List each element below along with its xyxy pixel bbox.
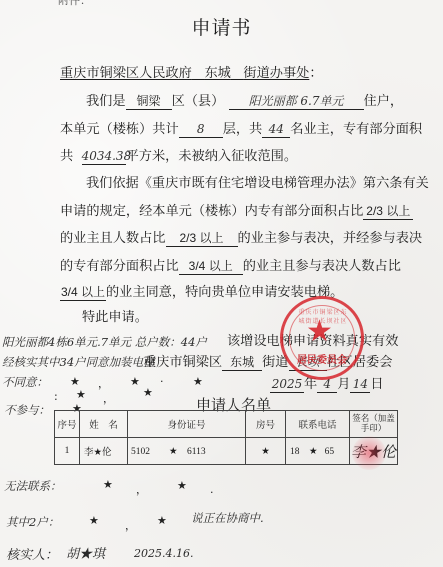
ratio4-field: 3/4 以上 — [60, 284, 106, 301]
other-households-label: 其中2户： — [6, 514, 59, 530]
para2-line1: 我们依据《重庆市既有住宅增设电梯管理办法》第六条有关 — [86, 176, 429, 192]
fingerprint-stamp — [352, 436, 386, 470]
para2-line2: 申请的规定，经本单元（楼栋）内专有部分面积占比2/3 以上 — [60, 203, 413, 220]
page-title: 申请书 — [0, 13, 443, 40]
table-header: 序号 姓 名 身份证号 房号 联系电话 签名（加盖手印） — [55, 411, 398, 438]
owners-field: 44 — [262, 121, 290, 138]
disagree-label: 不同意： — [2, 374, 48, 390]
para2-line4: 的专有部分面积占比3/4 以上的业主且参与表决人数占比 — [60, 258, 401, 275]
community-field: 阳光丽都 6.7单元 — [229, 93, 364, 110]
closing: 特此申请。 — [82, 310, 148, 326]
para1-line1: 我们是铜梁区（县） 阳光丽都 6.7单元住户， — [86, 93, 403, 110]
para2-line5: 3/4 以上的业主同意，特向贵单位申请安装电梯。 — [60, 284, 343, 301]
unreachable-label: 无法联系： — [4, 478, 62, 494]
top-fragment: 附件： — [58, 0, 91, 8]
abstain-label: 不参与： — [4, 402, 50, 418]
verifier-name: 胡★琪 — [66, 543, 105, 562]
other-households-note: 说正在协商中. — [191, 510, 264, 526]
ratio2-field: 2/3 以上 — [166, 230, 238, 247]
ratio3-field: 3/4 以上 — [179, 258, 243, 275]
document-page: 附件： 申请书 重庆市铜梁区人民政府 东城 街道办事处： 我们是铜梁区（县） 阳… — [0, 0, 443, 567]
area-field: 4034.38 — [82, 148, 126, 165]
verifier-label: 核实人： — [6, 544, 58, 563]
applicant-table: 序号 姓 名 身份证号 房号 联系电话 签名（加盖手印） 1 李★伦 5102 … — [54, 410, 398, 465]
seal-center-text: 居民委员会 — [293, 351, 351, 366]
addressee: 重庆市铜梁区人民政府 东城 街道办事处： — [60, 66, 323, 82]
official-seal: 重庆市铜梁区东城街道长坝社区 ★ 居民委员会 — [280, 296, 364, 380]
verify-date: 2025.4.16. — [134, 547, 193, 560]
para2-line3: 的业主且人数占比2/3 以上的业主参与表决，并经参与表决 — [60, 230, 422, 247]
verification-day: 14 — [350, 376, 370, 393]
seal-star-icon: ★ — [306, 317, 333, 347]
district-field: 铜梁 — [126, 93, 172, 110]
handwritten-note-agreed: 经核实其中34户同意加装电梯 — [2, 354, 155, 370]
verification-street: 东城 — [222, 354, 262, 371]
para1-line3: 共 4034.38平方米，未被纳入征收范围。 — [60, 148, 297, 165]
table-row: 1 李★伦 5102 ★ 6113 ★ 18 ★ 65 李★伦 — [55, 438, 398, 465]
ratio1-field: 2/3 以上 — [363, 203, 413, 220]
handwritten-note-total: 阳光丽都4栋6单元.7单元 总户数：44户 — [2, 334, 207, 350]
para1-line2: 本单元（楼栋）共计8层，共44名业主，专有部分面积 — [60, 121, 422, 138]
verification-year: 2025 — [270, 376, 304, 393]
floors-field: 8 — [179, 121, 223, 138]
addressee-street: 东城 — [204, 66, 230, 81]
